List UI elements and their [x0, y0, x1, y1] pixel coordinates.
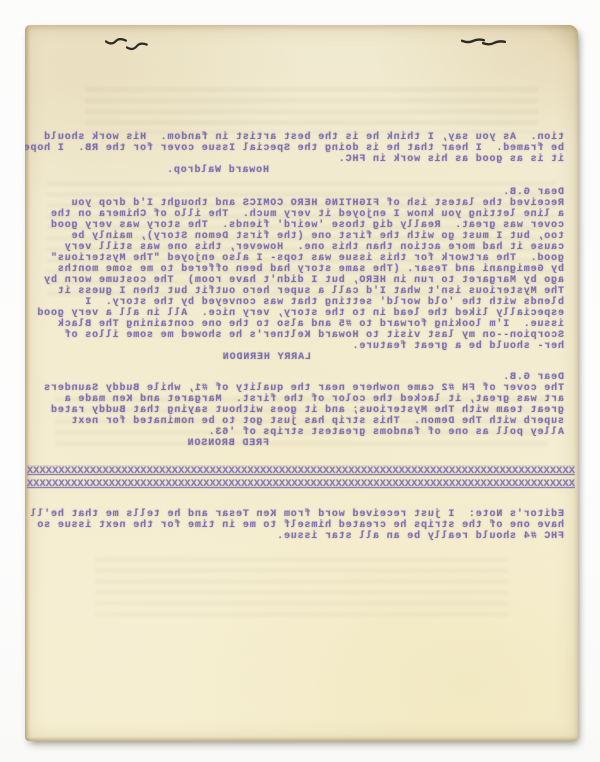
- x-row: XXXXXXXXXXXXXXXXXXXXXXXXXXXXXXXXXXXXXXXX…: [27, 478, 575, 491]
- salutation: Dear G.B.: [40, 372, 564, 383]
- letter-body-text: Received the latest ish of FIGHTING HERO…: [40, 198, 564, 352]
- letter-continuation: tion. As you say, I think he is the best…: [40, 132, 564, 176]
- mirrored-typewriter-ink-layer: tion. As you say, I think he is the best…: [25, 25, 578, 741]
- signature-larry-herndon: LARRY HERNDON: [40, 352, 564, 363]
- letter-continuation-text: tion. As you say, I think he is the best…: [40, 132, 564, 165]
- editors-note-text: Editor's Note: I just received word from…: [40, 509, 564, 542]
- salutation: Dear G.B.: [40, 187, 564, 198]
- signature-fred-bronson: FRED BRONSON: [40, 438, 564, 449]
- letter-fred-bronson: Dear G.B. The cover of FH #2 came nowher…: [40, 372, 564, 449]
- letter-larry-herndon: Dear G.B. Received the latest ish of FIG…: [40, 187, 564, 363]
- x-row-separator: XXXXXXXXXXXXXXXXXXXXXXXXXXXXXXXXXXXXXXXX…: [27, 465, 575, 491]
- letter-body-text: The cover of FH #2 came nowhere near the…: [40, 383, 564, 438]
- paper-sheet: tion. As you say, I think he is the best…: [25, 25, 578, 741]
- x-row: XXXXXXXXXXXXXXXXXXXXXXXXXXXXXXXXXXXXXXXX…: [27, 465, 575, 478]
- editors-note: Editor's Note: I just received word from…: [40, 509, 564, 542]
- signature-howard-waldrop: Howard Waldrop.: [40, 165, 564, 176]
